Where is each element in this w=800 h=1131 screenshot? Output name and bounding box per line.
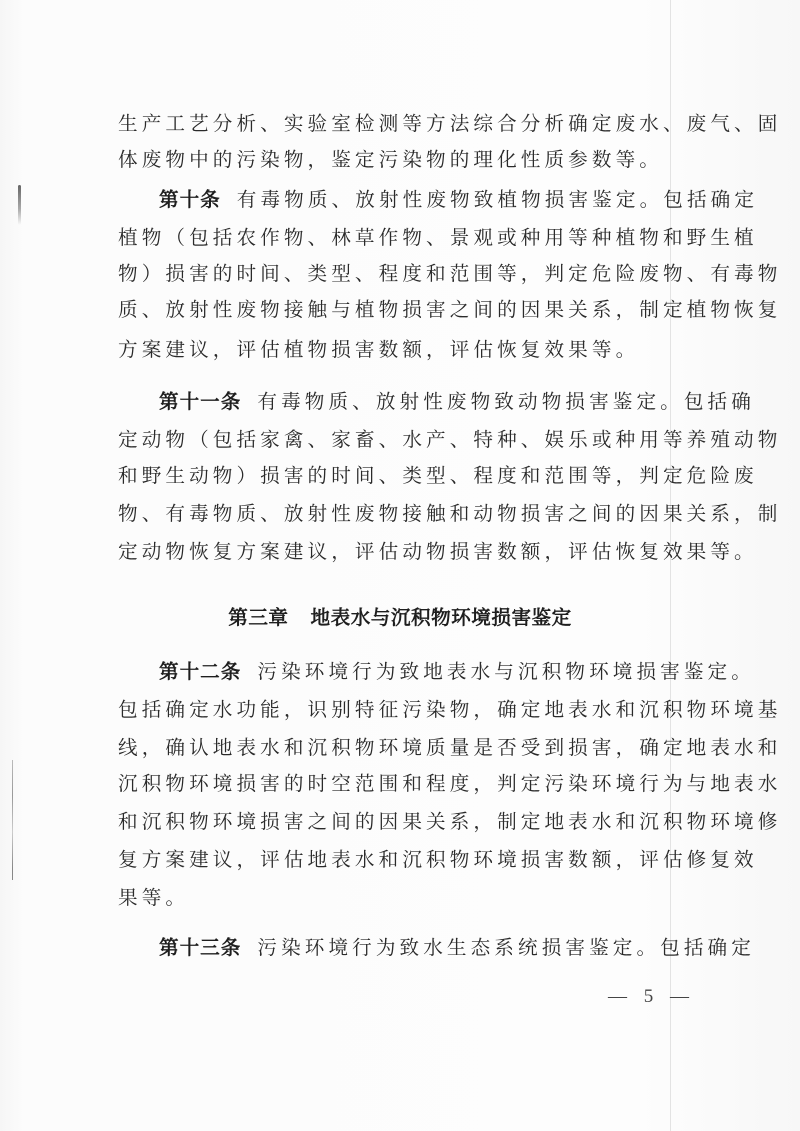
article-label: 第十二条 bbox=[159, 660, 241, 683]
article-10-line: 植物（包括农作物、林草作物、景观或种用等种植物和野生植 bbox=[118, 226, 688, 250]
article-text: 有毒物质、放射性废物致动物损害鉴定。包括确 bbox=[257, 390, 755, 413]
article-label: 第十三条 bbox=[159, 936, 241, 959]
article-text: 有毒物质、放射性废物致植物损害鉴定。包括确定 bbox=[237, 188, 758, 211]
article-11-line: 和野生动物）损害的时间、类型、程度和范围等，判定危险废 bbox=[118, 464, 688, 488]
article-12-line: 线，确认地表水和沉积物环境质量是否受到损害，确定地表水和 bbox=[118, 736, 688, 760]
scan-artifact-mark bbox=[18, 185, 21, 225]
paragraph-line: 生产工艺分析、实验室检测等方法综合分析确定废水、废气、固 bbox=[118, 112, 688, 136]
article-10-line: 质、放射性废物接触与植物损害之间的因果关系，制定植物恢复 bbox=[118, 298, 688, 322]
article-12-line: 复方案建议，评估地表水和沉积物环境损害数额，评估修复效 bbox=[118, 848, 688, 872]
article-label: 第十一条 bbox=[159, 390, 241, 413]
article-13-line: 第十三条污染环境行为致水生态系统损害鉴定。包括确定 bbox=[159, 936, 729, 960]
article-label: 第十条 bbox=[159, 188, 221, 211]
article-11-line: 定动物恢复方案建议，评估动物损害数额，评估恢复效果等。 bbox=[118, 540, 688, 564]
article-text: 污染环境行为致水生态系统损害鉴定。包括确定 bbox=[257, 936, 755, 959]
article-12-line: 果等。 bbox=[118, 886, 688, 910]
chapter-title: 地表水与沉积物环境损害鉴定 bbox=[311, 606, 572, 629]
article-11-line: 定动物（包括家禽、家畜、水产、特种、娱乐或种用等养殖动物 bbox=[118, 428, 688, 452]
paragraph-line: 体废物中的污染物，鉴定污染物的理化性质参数等。 bbox=[118, 148, 688, 172]
chapter-number: 第三章 bbox=[228, 606, 288, 629]
article-10-line: 第十条有毒物质、放射性废物致植物损害鉴定。包括确定 bbox=[159, 188, 729, 212]
document-page: 生产工艺分析、实验室检测等方法综合分析确定废水、废气、固 体废物中的污染物，鉴定… bbox=[0, 0, 800, 1131]
article-12-line: 和沉积物环境损害之间的因果关系，制定地表水和沉积物环境修 bbox=[118, 810, 688, 834]
article-12-line: 包括确定水功能，识别特征污染物，确定地表水和沉积物环境基 bbox=[118, 698, 688, 722]
article-10-line: 方案建议，评估植物损害数额，评估恢复效果等。 bbox=[118, 338, 688, 362]
article-12-line: 第十二条污染环境行为致地表水与沉积物环境损害鉴定。 bbox=[159, 660, 729, 684]
article-11-line: 物、有毒物质、放射性废物接触和动物损害之间的因果关系，制 bbox=[118, 502, 688, 526]
article-11-line: 第十一条有毒物质、放射性废物致动物损害鉴定。包括确 bbox=[159, 390, 729, 414]
article-10-line: 物）损害的时间、类型、程度和范围等，判定危险废物、有毒物 bbox=[118, 262, 688, 286]
chapter-heading: 第三章地表水与沉积物环境损害鉴定 bbox=[0, 606, 800, 630]
page-number: — 5 — bbox=[608, 986, 695, 1008]
scan-artifact-mark bbox=[12, 760, 13, 880]
article-text: 污染环境行为致地表水与沉积物环境损害鉴定。 bbox=[257, 660, 755, 683]
article-12-line: 沉积物环境损害的时空范围和程度，判定污染环境行为与地表水 bbox=[118, 772, 688, 796]
